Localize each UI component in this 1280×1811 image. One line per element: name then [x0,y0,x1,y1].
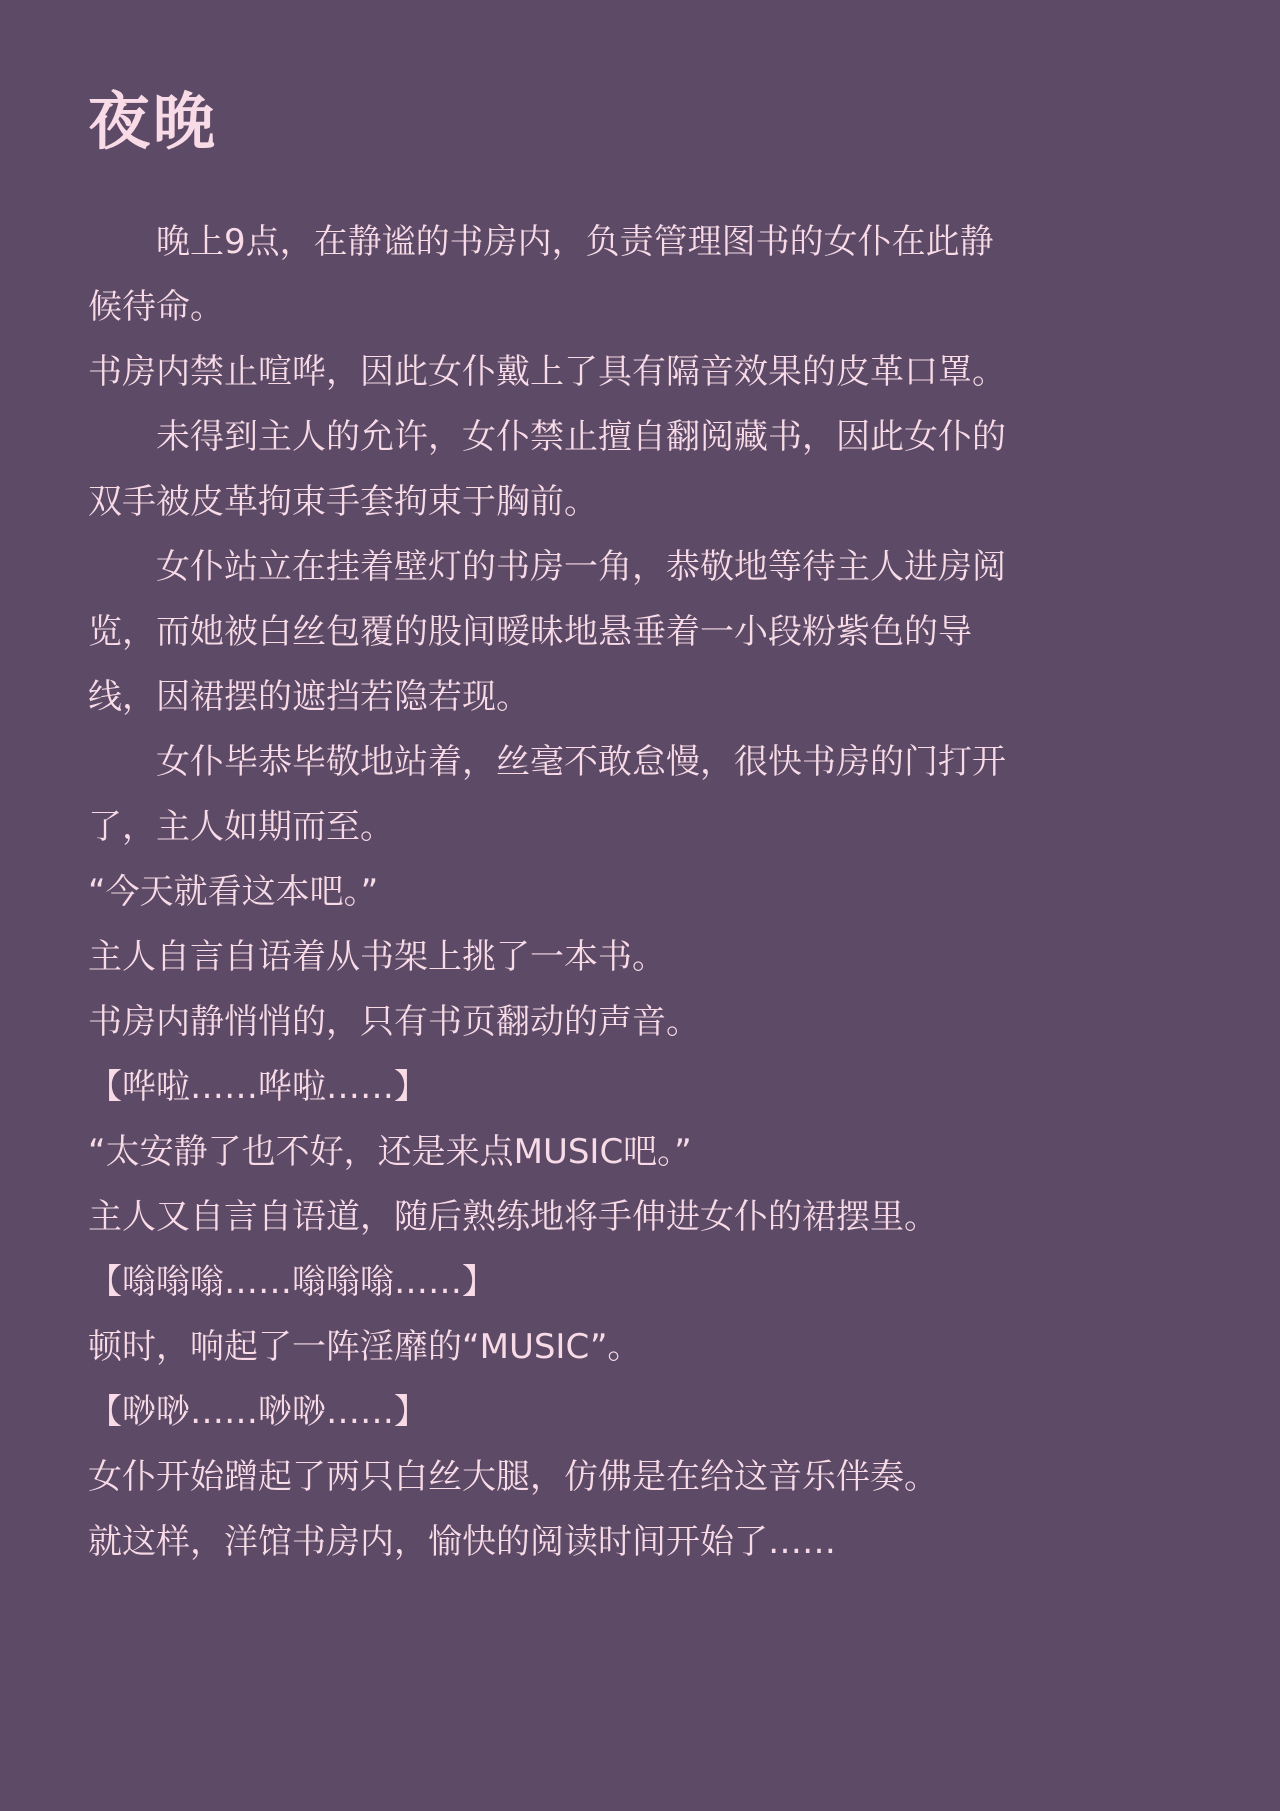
document-body: 晚上9点，在静谧的书房内，负责管理图书的女仆在此静候待命。书房内禁止喧哗，因此女… [88,210,1010,1575]
paragraph: 书房内静悄悄的，只有书页翻动的声音。 [88,990,1010,1055]
paragraph: 女仆开始蹭起了两只白丝大腿，仿佛是在给这音乐伴奏。 [88,1445,1010,1510]
paragraph: 未得到主人的允许，女仆禁止擅自翻阅藏书，因此女仆的双手被皮革拘束手套拘束于胸前。 [88,405,1010,535]
paragraph: 女仆毕恭毕敬地站着，丝毫不敢怠慢，很快书房的门打开了，主人如期而至。 [88,730,1010,860]
paragraph: 【唦唦……唦唦……】 [88,1380,1010,1445]
paragraph: 晚上9点，在静谧的书房内，负责管理图书的女仆在此静候待命。 [88,210,1010,340]
paragraph: 就这样，洋馆书房内，愉快的阅读时间开始了…… [88,1510,1010,1575]
paragraph: 【哗啦……哗啦……】 [88,1055,1010,1120]
paragraph: “太安静了也不好，还是来点MUSIC吧。” [88,1120,1010,1185]
paragraph: 女仆站立在挂着壁灯的书房一角，恭敬地等待主人进房阅览，而她被白丝包覆的股间暧昧地… [88,535,1010,730]
paragraph: 书房内禁止喧哗，因此女仆戴上了具有隔音效果的皮革口罩。 [88,340,1010,405]
paragraph: 主人自言自语着从书架上挑了一本书。 [88,925,1010,990]
paragraph: “今天就看这本吧。” [88,860,1010,925]
page-title: 夜晚 [88,88,1200,156]
paragraph: 主人又自言自语道，随后熟练地将手伸进女仆的裙摆里。 [88,1185,1010,1250]
paragraph: 顿时，响起了一阵淫靡的“MUSIC”。 [88,1315,1010,1380]
document-page: 夜晚 晚上9点，在静谧的书房内，负责管理图书的女仆在此静候待命。书房内禁止喧哗，… [0,0,1280,1811]
paragraph: 【嗡嗡嗡……嗡嗡嗡……】 [88,1250,1010,1315]
